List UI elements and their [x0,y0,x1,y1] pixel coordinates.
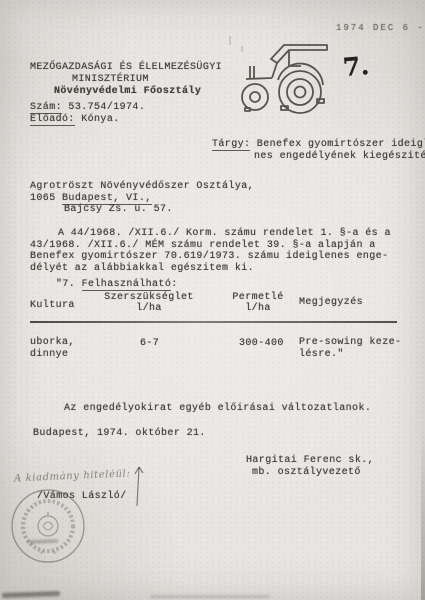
table-cell-kultura: uborka,dinnye [30,337,75,360]
official-round-seal [8,486,88,566]
scan-smudge [150,595,270,598]
body-line2: 43/1968. /XII.6./ MÉM számu rendelet 39.… [30,240,376,252]
szam-value: 53.754/1974. [62,102,145,113]
date-stamp: 1974 DEC 6 - [336,23,425,33]
eloado-value: Kónya. [75,114,120,125]
table-cell-szerszukseglet: 6-7 [140,338,159,350]
table-header-permetle: Permetlél/ha [226,293,290,314]
tractor-stamp-icon [238,36,334,116]
handwritten-number: 7. [342,51,371,82]
megjegyzes-line1: Pre-sowing keze- [299,337,401,348]
signature-name: Hargitai Ferenc sk., [246,455,374,467]
addressee-street: Bajcsy Zs. u. 57. [64,204,173,216]
attestation-handwritten: A kiadmány hiteléül: [14,468,131,484]
subject-label: Tárgy: [212,139,250,151]
section7-word: Felhasználható [82,279,172,291]
handwritten-arrow-mark [130,462,146,508]
scan-noise-mark [241,46,243,52]
megjegyzes-line2: lésre." [299,349,344,360]
closing-sentence: Az engedélyokirat egyéb előirásai változ… [64,403,371,415]
dateline: Budapest, 1974. október 21. [33,428,206,440]
kultura-line1: uborka, [30,337,75,348]
scan-edge-shadow [421,430,425,600]
department-name: Növényvédelmi Főosztály [54,86,201,98]
header-col3-line1: Permetlé [232,292,283,303]
table-header-megjegyzes: Megjegyzés [299,297,363,309]
subject-text1: Benefex gyomirtószer ideigle- [250,139,425,150]
header-col3-line2: l/ha [245,303,271,314]
header-col2-line2: l/ha [136,303,162,314]
kultura-line2: dinnye [30,349,68,360]
section7-heading: "7. Felhasználható: [56,279,178,291]
clerk-line: Előadó: Kónya. [30,114,120,126]
table-cell-megjegyzes: Pre-sowing keze-lésre." [299,337,401,360]
section7-colon: : [171,279,177,290]
postal-code: 1065 [30,193,62,204]
addressee-city-line: 1065 Budapest, VI., [30,193,152,205]
city-underlined: Budapest, VI., [62,193,152,205]
eloado-label: Előadó: [30,114,75,126]
table-cell-permetle: 300-400 [239,338,284,350]
table-header-kultura: Kultura [30,300,75,312]
subject-line2: nes engedélyének kiegészitése. [254,151,425,163]
scanned-letter-page: 1974 DEC 6 - 7. MEZŐGAZDASÁGI ÉS ÉLELMEZ… [0,0,425,600]
addressee-name: Agrotröszt Növényvédőszer Osztálya, [30,181,254,193]
table-header-szerszukseglet: Szerszükségletl/ha [103,293,195,314]
ministry-name-line1: MEZŐGAZDASÁGI ÉS ÉLELMEZÉSÜGYI [30,62,222,74]
table-divider-line [30,321,397,323]
ministry-name-line2: MINISZTÉRIUM [72,74,149,86]
section7-prefix: "7. [56,279,82,290]
body-line4: délyét az alábbiakkal egészitem ki. [30,263,254,275]
signature-title: mb. osztályvezető [252,467,361,479]
scan-smudge [2,591,60,598]
scan-noise-mark [229,36,231,45]
body-line1: A 44/1968. /XII.6./ Korm. számu rendelet… [58,228,391,240]
reference-number-line: Szám: 53.754/1974. [30,102,145,114]
subject-line1: Tárgy: Benefex gyomirtószer ideigle- [212,139,425,151]
header-col2-line1: Szerszükséglet [104,292,194,303]
body-line3: Benefex gyomirtószer 70.619/1973. számu … [30,251,388,263]
szam-label: Szám: [30,102,62,114]
